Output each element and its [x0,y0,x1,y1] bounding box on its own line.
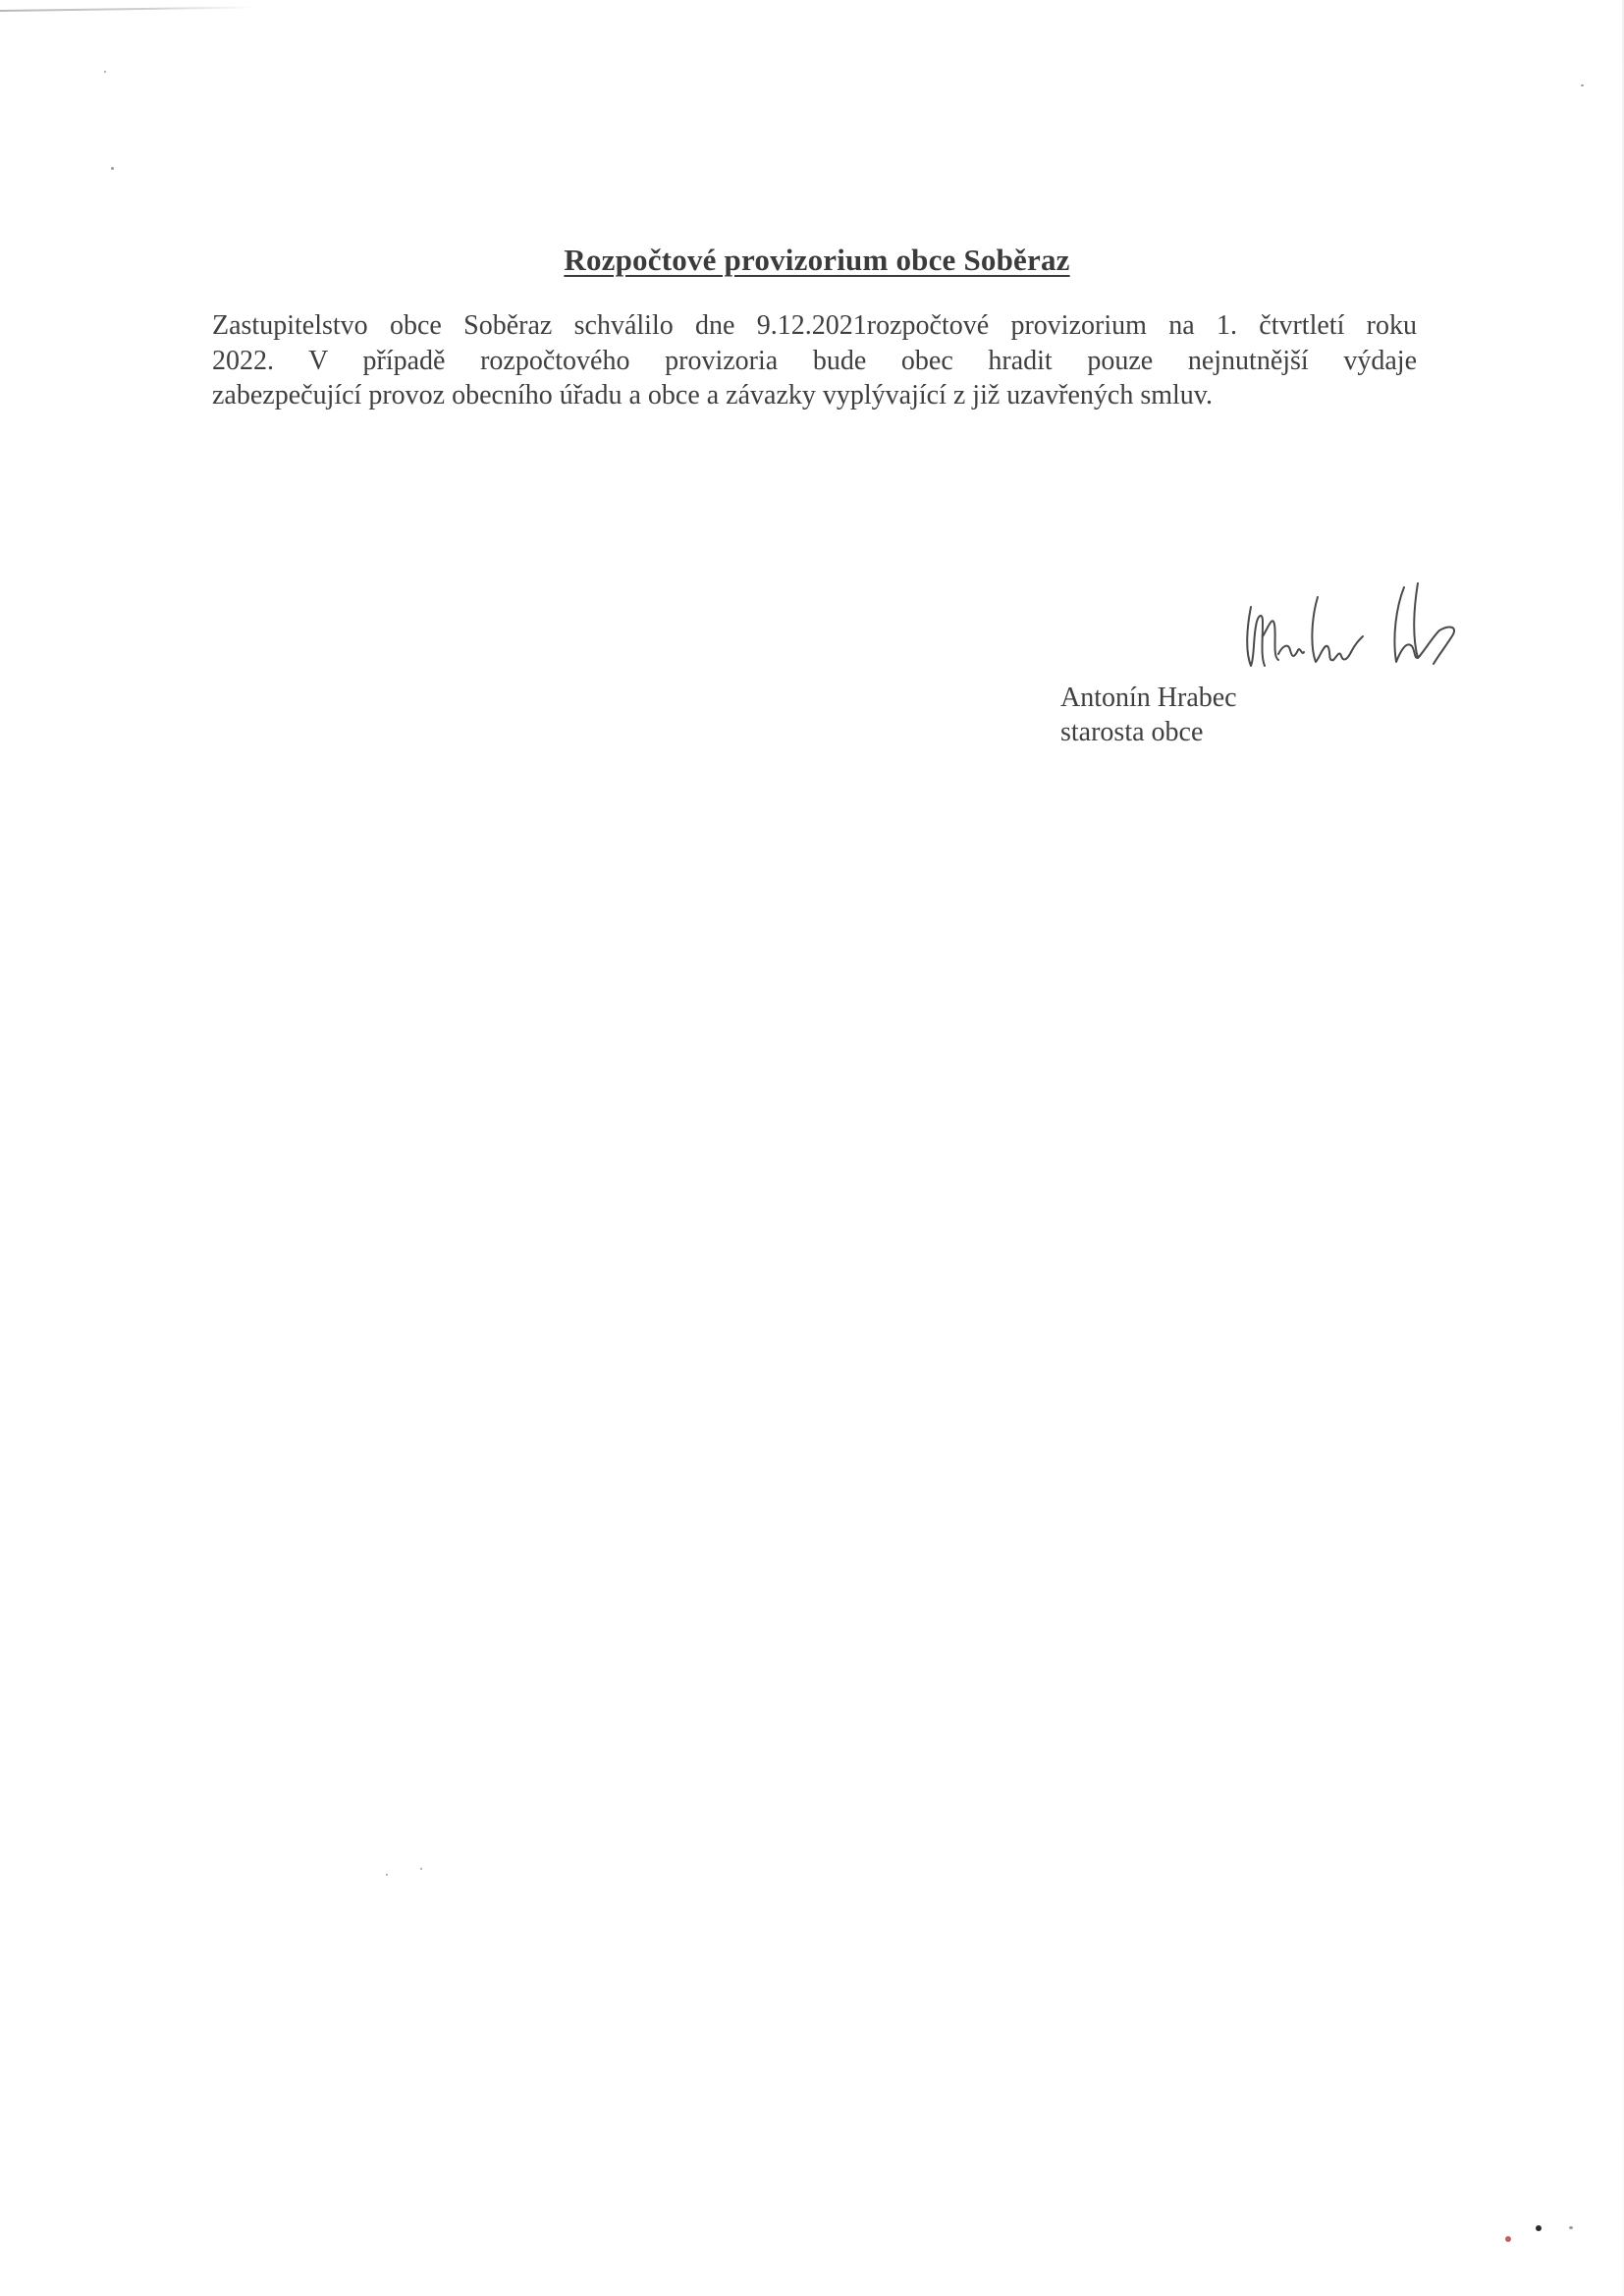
document-paragraph: Zastupitelstvo obce Soběraz schválilo dn… [212,308,1417,413]
signatory-role: starosta obce [1060,715,1237,749]
scan-speck [1569,2226,1573,2229]
scan-speck [104,71,106,73]
paragraph-line: 2022. V případě rozpočtového provizoria … [212,344,1417,379]
paragraph-line: zabezpečující provoz obecního úřadu a ob… [212,378,1417,413]
paragraph-line: Zastupitelstvo obce Soběraz schválilo dn… [212,308,1417,344]
scan-speck [420,1868,422,1870]
scan-speck [386,1874,388,1876]
scan-edge-artifact [0,6,255,12]
signatory-name: Antonín Hrabec [1060,681,1237,715]
document-title-text: Rozpočtové provizorium obce Soběraz [564,243,1069,277]
handwritten-signature-icon [1239,568,1475,685]
scan-speck [1536,2225,1542,2231]
document-title: Rozpočtové provizorium obce Soběraz [0,243,1624,278]
scan-speck [111,167,114,170]
signatory-block: Antonín Hrabec starosta obce [1060,681,1237,749]
scan-speck [1505,2236,1511,2242]
scan-speck [1581,84,1584,86]
